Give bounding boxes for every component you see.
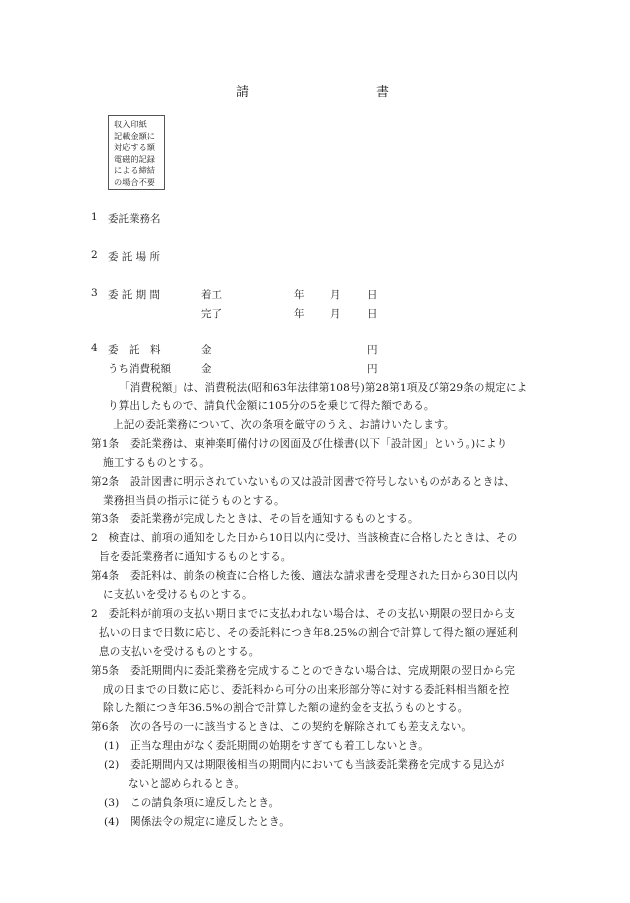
- clause-item-3: (3) この請負条項に違反したとき。: [104, 795, 279, 810]
- item4-label: 委 託 料: [108, 342, 161, 357]
- article-2-line: 第2条 設計図書に明示されていないもの又は設計図書で符号しないものがあるときは、: [91, 474, 515, 489]
- article-4-para2: 2 委託料が前項の支払い期日までに支払われない場合は、その支払い期限の翌日から支: [91, 606, 515, 621]
- item1-label: 委託業務名: [108, 211, 161, 226]
- item3-number: 3: [91, 287, 98, 299]
- item4-number: 4: [91, 342, 98, 354]
- tax-note-line: 「消費税額」は、消費税法(昭和63年法律第108号)第28第1項及び第29条の規…: [119, 380, 527, 395]
- item2-label: 委 託 場 所: [108, 249, 160, 264]
- end-year: 年: [294, 306, 305, 321]
- tax-kin: 金: [201, 361, 212, 376]
- article-2-cont: 業務担当員の指示に従うものとする。: [103, 493, 285, 508]
- fee-yen: 円: [367, 342, 378, 357]
- article-4-para2-cont: 息の支払いを受けるものとする。: [99, 644, 259, 659]
- article-4-para2-cont: 払いの日まで日数に応じ、その委託料につき年8.25%の割合で計算して得た額の遅延…: [99, 625, 518, 640]
- end-day: 日: [367, 306, 378, 321]
- item3-label: 委 託 期 間: [108, 287, 160, 302]
- clause-item-4: (4) 関係法令の規定に違反したとき。: [104, 814, 290, 829]
- end-label: 完了: [201, 306, 222, 321]
- tax-yen: 円: [367, 361, 378, 376]
- item2-number: 2: [91, 249, 98, 261]
- article-1-line: 第1条 委託業務は、東神楽町備付けの図面及び仕様書(以下「設計図」という。)によ…: [91, 436, 507, 451]
- article-5-cont: 成の日までの日数に応じ、委託料から可分の出来形部分等に対する委託料相当額を控: [103, 682, 509, 697]
- fee-kin: 金: [201, 342, 212, 357]
- stamp-line: の場合不要: [114, 177, 164, 189]
- contract-document: 請 書 収入印紙 記載金額に 対応する額 電磁的記録 による締結 の場合不要 1…: [0, 0, 630, 903]
- tax-note-line: り算出したもので、請負代金額に105分の5を乗じて得た額である。: [108, 398, 435, 413]
- stamp-line: による締結: [114, 165, 164, 177]
- article-3-para2: 2 検査は、前項の通知をした日から10日以内に受け、当該検査に合格したときは、そ…: [91, 530, 517, 545]
- article-6-line: 第6条 次の各号の一に該当するときは、この契約を解除されても差支えない。: [91, 719, 472, 734]
- title-char-sei: 請: [236, 81, 249, 100]
- article-3-para2-cont: 旨を委託業務者に通知するものとする。: [99, 549, 292, 564]
- start-label: 着工: [201, 287, 222, 302]
- tax-label: うち消費税額: [108, 361, 171, 376]
- item1-number: 1: [91, 211, 98, 223]
- clause-item-2-cont: ないと認められるとき。: [128, 776, 245, 791]
- end-month: 月: [330, 306, 341, 321]
- article-4-cont: に支払いを受けるものとする。: [103, 587, 253, 602]
- clause-item-1: (1) 正当な理由がなく委託期間の始期をすぎても着工しないとき。: [104, 738, 429, 753]
- article-5-cont: 除した額につき年36.5%の割合で計算した額の違約金を支払うものとする。: [103, 700, 468, 715]
- stamp-line: 収入印紙: [114, 119, 164, 131]
- start-month: 月: [330, 287, 341, 302]
- stamp-line: 対応する額: [114, 142, 164, 154]
- clause-item-2: (2) 委託期間内又は期限後相当の期間内においても当該委託業務を完成する見込が: [104, 757, 504, 772]
- start-year: 年: [294, 287, 305, 302]
- revenue-stamp-box: 収入印紙 記載金額に 対応する額 電磁的記録 による締結 の場合不要: [108, 115, 165, 190]
- start-day: 日: [367, 287, 378, 302]
- stamp-line: 電磁的記録: [114, 154, 164, 166]
- stamp-line: 記載金額に: [114, 131, 164, 143]
- article-4-line: 第4条 委託料は、前条の検査に合格した後、適法な請求書を受理された日から30日以…: [91, 568, 518, 583]
- article-5-line: 第5条 委託期間内に委託業務を完成することのできない場合は、完成期限の翌日から完: [91, 663, 515, 678]
- article-3-line: 第3条 委託業務が完成したときは、その旨を通知するものとする。: [91, 511, 419, 526]
- intro-text: 上記の委託業務について、次の条項を厳守のうえ、お請けいたします。: [113, 417, 455, 432]
- title-char-sho: 書: [376, 81, 389, 100]
- article-1-cont: 施工するものとする。: [103, 455, 210, 470]
